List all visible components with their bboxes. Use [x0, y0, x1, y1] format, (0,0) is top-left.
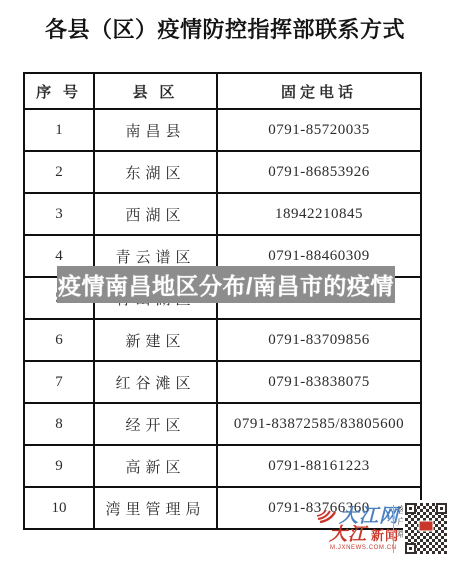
dajiang-watermark: 大江网 大江 新闻 M.JXNEWS.COM.CN 客户端: [316, 500, 450, 560]
table-row: 9 高新区 0791-88161223: [24, 445, 421, 487]
qr-finder-icon: [436, 503, 447, 514]
cell-serial: 6: [24, 319, 94, 361]
cell-phone: 0791-83872585/83805600: [217, 403, 421, 445]
cell-district: 西湖区: [94, 193, 217, 235]
cell-phone: 18942210845: [217, 193, 421, 235]
watermark-news-row: 大江 新闻: [329, 520, 399, 546]
cell-phone: 0791-85720035: [217, 109, 421, 151]
cell-district: 红谷滩区: [94, 361, 217, 403]
cell-district: 新建区: [94, 319, 217, 361]
qr-code: [403, 500, 449, 557]
cell-phone: 0791-83709856: [217, 319, 421, 361]
cell-phone: 0791-88161223: [217, 445, 421, 487]
table-header-row: 序 号 县 区 固定电话: [24, 73, 421, 109]
cell-serial: 10: [24, 487, 94, 529]
cell-serial: 2: [24, 151, 94, 193]
cell-serial: 1: [24, 109, 94, 151]
cell-serial: 7: [24, 361, 94, 403]
cell-serial: 8: [24, 403, 94, 445]
table-row: 1 南昌县 0791-85720035: [24, 109, 421, 151]
cell-serial: 9: [24, 445, 94, 487]
table-row: 3 西湖区 18942210845: [24, 193, 421, 235]
table-row: 2 东湖区 0791-86853926: [24, 151, 421, 193]
document-page: 各县（区）疫情防控指挥部联系方式 序 号 县 区 固定电话 1 南昌县 0791…: [0, 0, 450, 567]
page-title: 各县（区）疫情防控指挥部联系方式: [0, 13, 450, 44]
cell-district: 湾里管理局: [94, 487, 217, 529]
table-row: 6 新建区 0791-83709856: [24, 319, 421, 361]
cell-district: 高新区: [94, 445, 217, 487]
dajiang-news-brand: 大江: [329, 524, 367, 544]
cell-phone: 0791-83838075: [217, 361, 421, 403]
qr-finder-icon: [405, 503, 416, 514]
overlay-caption-banner: 疫情南昌地区分布/南昌市的疫情: [57, 266, 395, 303]
table-row: 7 红谷滩区 0791-83838075: [24, 361, 421, 403]
table-row: 8 经开区 0791-83872585/83805600: [24, 403, 421, 445]
header-district: 县 区: [94, 73, 217, 109]
cell-serial: 3: [24, 193, 94, 235]
cell-district: 南昌县: [94, 109, 217, 151]
qr-center-logo: [419, 521, 434, 532]
cell-phone: 0791-86853926: [217, 151, 421, 193]
dajiang-domain-text: M.JXNEWS.COM.CN: [330, 545, 397, 551]
cell-district: 东湖区: [94, 151, 217, 193]
header-phone: 固定电话: [217, 73, 421, 109]
overlay-caption-text: 疫情南昌地区分布/南昌市的疫情: [58, 268, 394, 301]
header-serial-number: 序 号: [24, 73, 94, 109]
qr-finder-icon: [405, 543, 416, 554]
cell-district: 经开区: [94, 403, 217, 445]
